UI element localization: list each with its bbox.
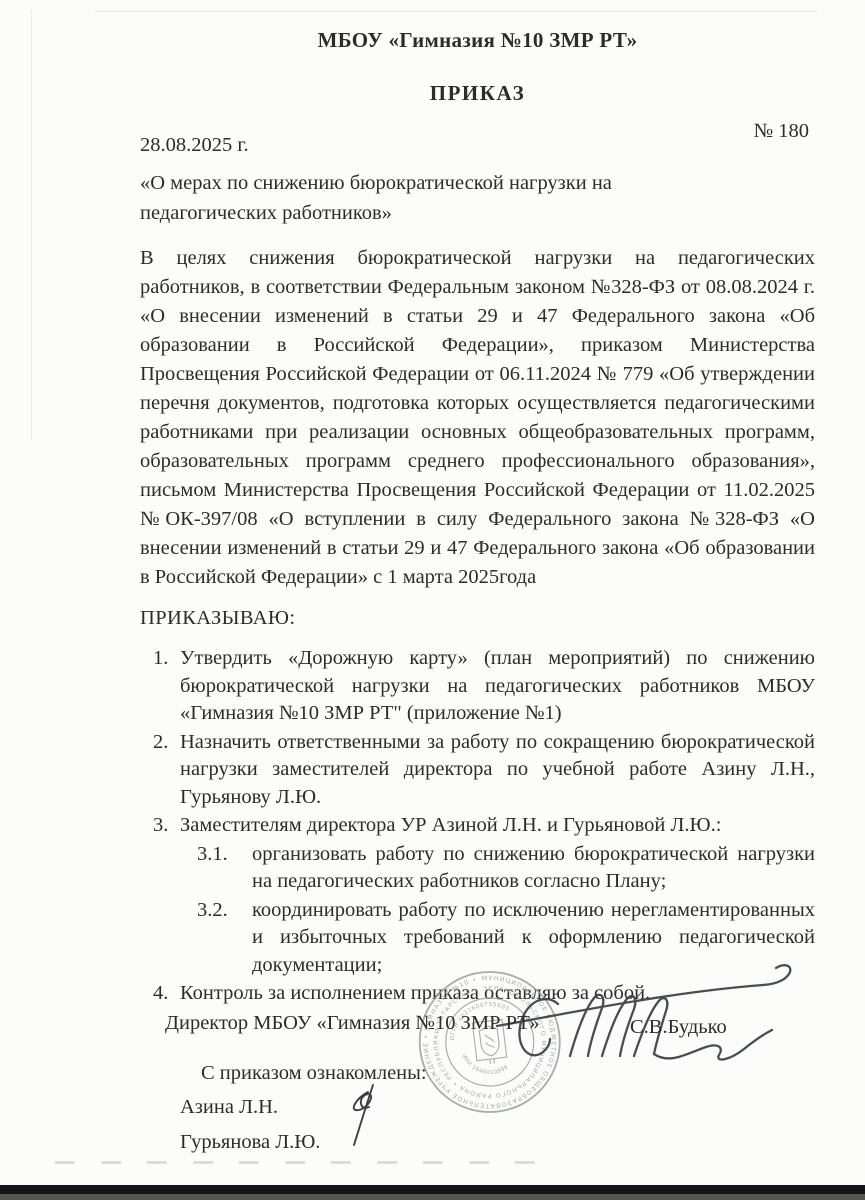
signature-hump-1 bbox=[570, 995, 603, 1056]
director-title-line: Директор МБОУ «Гимназия №10 ЗМР РТ» bbox=[165, 1012, 540, 1035]
list-subitem: 3.1. организовать работу по снижению бюр… bbox=[197, 841, 815, 896]
scanned-order-page: МБОУ «Гимназия №10 ЗМР РТ» ПРИКАЗ 28.08.… bbox=[0, 0, 865, 1200]
scan-edge-black-strip bbox=[0, 1185, 865, 1194]
director-name: С.В.Будько bbox=[630, 1016, 727, 1039]
list-item-text: Заместителям директора УР Азиной Л.Н. и … bbox=[180, 812, 815, 840]
acknowledged-name: Гурьянова Л.Ю. bbox=[180, 1131, 320, 1154]
order-number: № 180 bbox=[754, 120, 815, 143]
order-subject: «О мерах по снижению бюрократической наг… bbox=[140, 168, 665, 228]
order-date: 28.08.2025 г. bbox=[140, 134, 249, 157]
list-item-text: Утвердить «Дорожную карту» (план меропри… bbox=[180, 645, 815, 728]
list-item-number: 4. bbox=[153, 980, 180, 1008]
list-item-number: 1. bbox=[153, 645, 180, 728]
document-content: МБОУ «Гимназия №10 ЗМР РТ» ПРИКАЗ 28.08.… bbox=[140, 0, 815, 1008]
scan-artifact-left-line bbox=[31, 10, 32, 440]
organization-name: МБОУ «Гимназия №10 ЗМР РТ» bbox=[140, 28, 815, 53]
acknowledged-label: С приказом ознакомлены: bbox=[201, 1062, 427, 1085]
list-item-text: Назначить ответственными за работу по со… bbox=[180, 729, 815, 812]
list-item-text: организовать работу по снижению бюрократ… bbox=[252, 841, 815, 896]
resolution-heading: ПРИКАЗЫВАЮ: bbox=[140, 607, 815, 630]
list-item: 2. Назначить ответственными за работу по… bbox=[140, 729, 815, 812]
order-preamble: В целях снижения бюрократической нагрузк… bbox=[140, 244, 815, 592]
scan-artifact-dashes bbox=[55, 1161, 547, 1164]
scan-edge-gray-strip bbox=[0, 1194, 865, 1200]
list-item: 3. Заместителям директора УР Азиной Л.Н.… bbox=[140, 812, 815, 840]
list-item-number: 3.1. bbox=[197, 841, 252, 896]
document-title: ПРИКАЗ bbox=[140, 81, 815, 106]
list-item-number: 2. bbox=[153, 729, 180, 812]
list-item: 1. Утвердить «Дорожную карту» (план меро… bbox=[140, 645, 815, 728]
acknowledged-name: Азина Л.Н. bbox=[180, 1096, 278, 1119]
acknowledgement-signature bbox=[332, 1078, 392, 1148]
date-number-row: 28.08.2025 г. № 180 bbox=[140, 134, 815, 157]
list-item-number: 3. bbox=[153, 812, 180, 840]
list-item-number: 3.2. bbox=[197, 897, 252, 980]
